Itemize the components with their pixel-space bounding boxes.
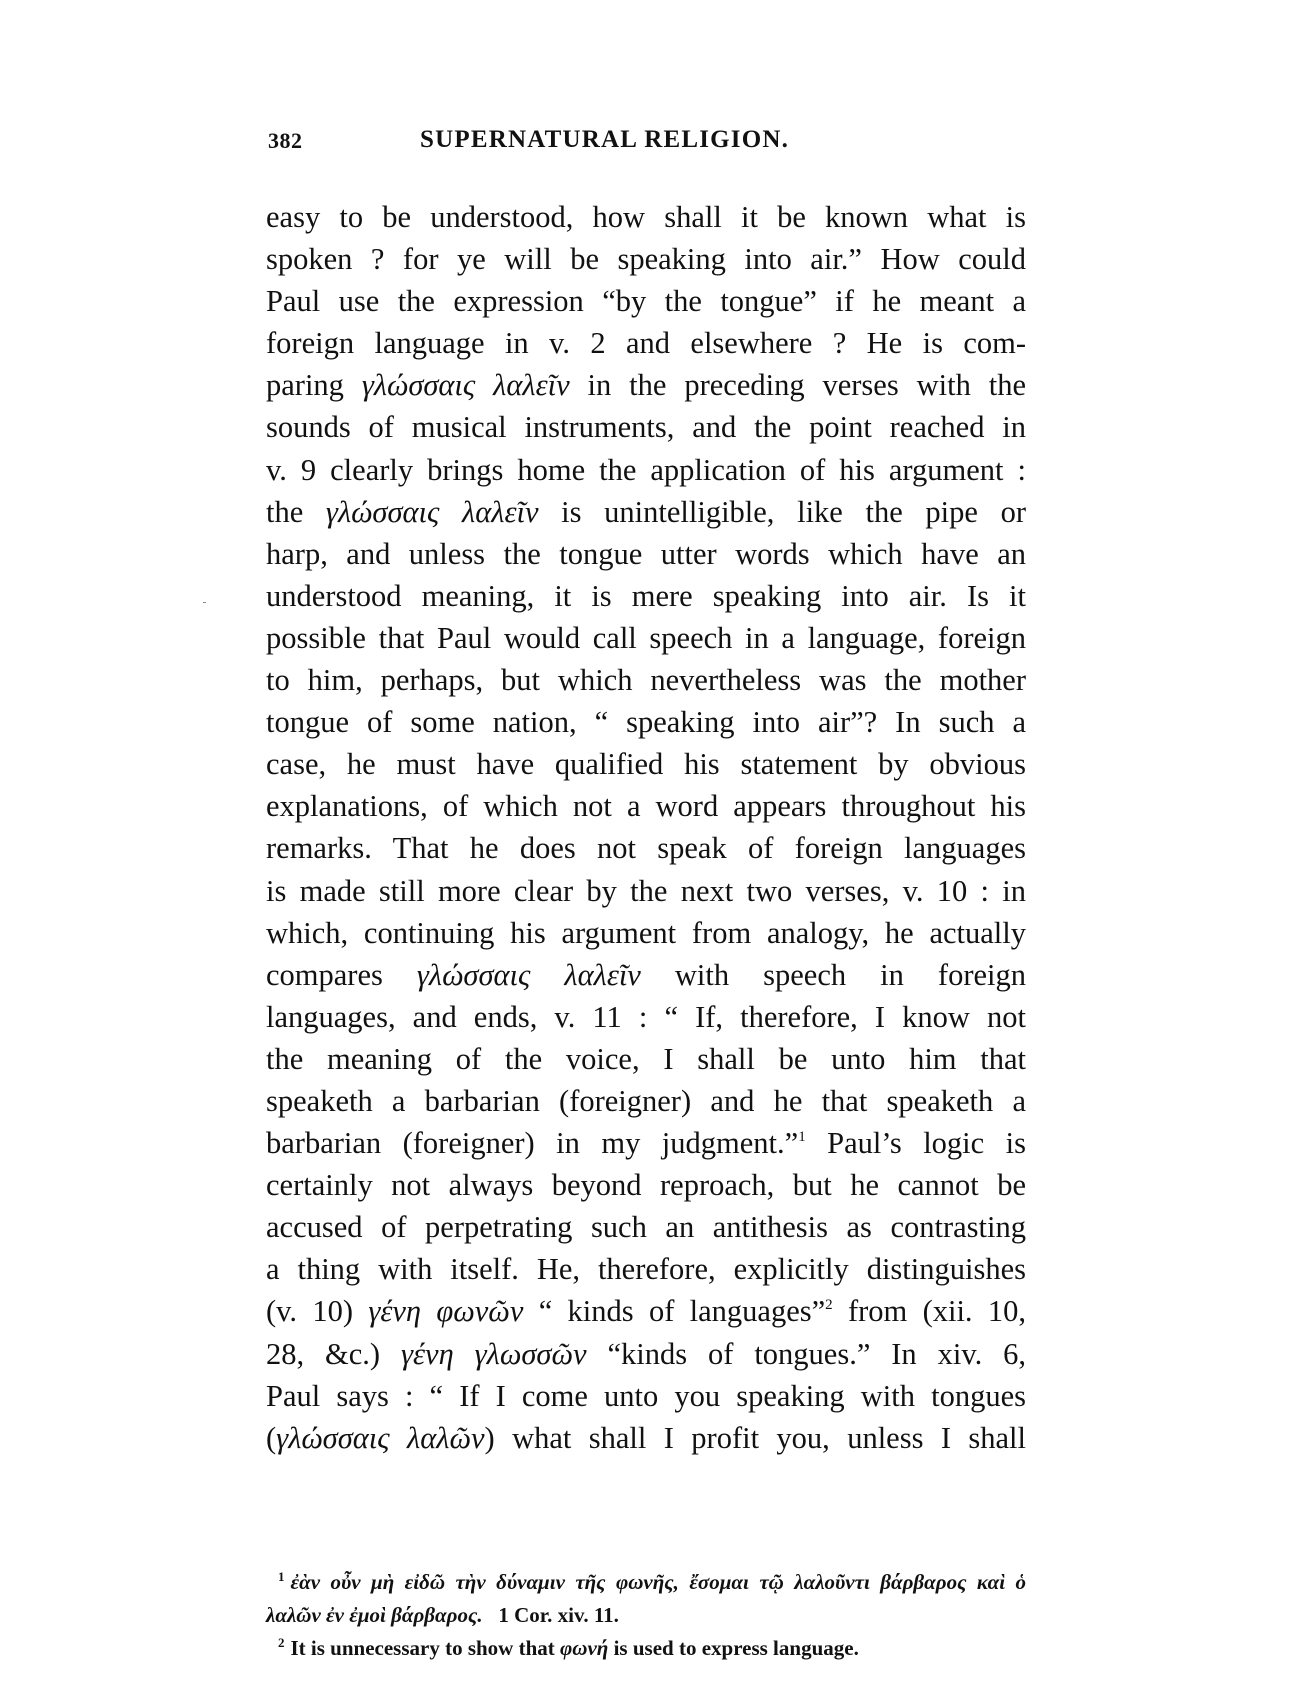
line-text: (: [266, 1421, 276, 1455]
footnote-marker: 1: [278, 1569, 285, 1584]
footnote-marker: 2: [278, 1635, 285, 1650]
text-line: accused of perpetrating such an antithes…: [266, 1206, 1026, 1248]
text-line: which, continuing his argument from anal…: [266, 912, 1026, 954]
text-line: languages, and ends, v. 11 : “ If, there…: [266, 996, 1026, 1038]
line-text: from (xii. 10,: [833, 1294, 1026, 1328]
greek-phrase: γλώσσαις λαλεῖν: [326, 495, 539, 529]
text-line: case, he must have qualified his stateme…: [266, 743, 1026, 785]
line-text: barbarian (foreigner) in my judgment.”: [266, 1126, 798, 1160]
footnote-ref-2[interactable]: 2: [825, 1297, 833, 1313]
line-text: the: [266, 495, 326, 529]
text-line: tongue of some nation, “ speaking into a…: [266, 701, 1026, 743]
text-line: paring γλώσσαις λαλεῖν in the preceding …: [266, 364, 1026, 406]
margin-mark: [203, 602, 206, 603]
footnote-text: It is unnecessary to show that: [291, 1636, 561, 1660]
text-line: foreign language in v. 2 and elsewhere ?…: [266, 322, 1026, 364]
line-text: (v. 10): [266, 1294, 368, 1328]
line-text: paring: [266, 368, 362, 402]
greek-quote: ἐὰν οὖν μὴ εἰδῶ τὴν δύναμιν τῆς φωνῆς, ἔ…: [291, 1570, 1027, 1594]
line-text: in the preceding verses with the: [570, 368, 1026, 402]
greek-phrase: γλώσσαις λαλῶν: [276, 1421, 484, 1455]
text-line: possible that Paul would call speech in …: [266, 617, 1026, 659]
text-line: Paul says : “ If I come unto you speakin…: [266, 1375, 1026, 1417]
text-line: 28, &c.) γένη γλωσσῶν “kinds of tongues.…: [266, 1333, 1026, 1375]
footnote-text: is used to express language.: [608, 1636, 858, 1660]
text-line: understood meaning, it is mere speaking …: [266, 575, 1026, 617]
page-header: 382 SUPERNATURAL RELIGION.: [268, 118, 1028, 158]
greek-phrase: γένη φωνῶν: [368, 1294, 523, 1328]
text-line: certainly not always beyond reproach, bu…: [266, 1164, 1026, 1206]
running-title: SUPERNATURAL RELIGION.: [420, 126, 789, 154]
footnote-2: 2It is unnecessary to show that φωνή is …: [266, 1632, 1026, 1665]
greek-phrase: γλώσσαις λαλεῖν: [362, 368, 570, 402]
line-text: with speech in foreign: [641, 958, 1026, 992]
book-page: 382 SUPERNATURAL RELIGION. easy to be un…: [0, 0, 1292, 1700]
body-text: easy to be understood, how shall it be k…: [266, 196, 1026, 1459]
citation: 1 Cor. xiv. 11.: [498, 1603, 619, 1627]
footnote-ref-1[interactable]: 1: [798, 1129, 806, 1145]
text-line: (γλώσσαις λαλῶν) what shall I profit you…: [266, 1417, 1026, 1459]
footnote-1-continued: λαλῶν ἐν ἐμοὶ βάρβαρος. 1 Cor. xiv. 11.: [266, 1599, 1026, 1632]
line-text: is unintelligible, like the pipe or: [539, 495, 1027, 529]
text-line: compares γλώσσαις λαλεῖν with speech in …: [266, 954, 1026, 996]
greek-phrase: γλώσσαις λαλεῖν: [417, 958, 641, 992]
line-text: “kinds of tongues.” In xiv. 6,: [587, 1337, 1026, 1371]
line-text: 28, &c.): [266, 1337, 401, 1371]
text-line: a thing with itself. He, therefore, expl…: [266, 1248, 1026, 1290]
text-line: spoken ? for ye will be speaking into ai…: [266, 238, 1026, 280]
text-line: (v. 10) γένη φωνῶν “ kinds of languages”…: [266, 1290, 1026, 1332]
text-line: sounds of musical instruments, and the p…: [266, 406, 1026, 448]
line-text: “ kinds of languages”: [523, 1294, 825, 1328]
line-text: ) what shall I profit you, unless I shal…: [485, 1421, 1026, 1455]
line-text: compares: [266, 958, 417, 992]
line-text: Paul’s logic is: [806, 1126, 1026, 1160]
text-line: v. 9 clearly brings home the application…: [266, 449, 1026, 491]
footnotes: 1ἐὰν οὖν μὴ εἰδῶ τὴν δύναμιν τῆς φωνῆς, …: [266, 1566, 1026, 1665]
text-line: harp, and unless the tongue utter words …: [266, 533, 1026, 575]
text-line: barbarian (foreigner) in my judgment.”1 …: [266, 1122, 1026, 1164]
text-line: Paul use the expression “by the tongue” …: [266, 280, 1026, 322]
text-line: speaketh a barbarian (foreigner) and he …: [266, 1080, 1026, 1122]
text-line: the γλώσσαις λαλεῖν is unintelligible, l…: [266, 491, 1026, 533]
footnote-1: 1ἐὰν οὖν μὴ εἰδῶ τὴν δύναμιν τῆς φωνῆς, …: [266, 1566, 1026, 1599]
text-line: explanations, of which not a word appear…: [266, 785, 1026, 827]
text-line: is made still more clear by the next two…: [266, 870, 1026, 912]
page-number: 382: [268, 128, 303, 154]
text-line: to him, perhaps, but which nevertheless …: [266, 659, 1026, 701]
text-line: easy to be understood, how shall it be k…: [266, 196, 1026, 238]
text-line: the meaning of the voice, I shall be unt…: [266, 1038, 1026, 1080]
greek-quote: λαλῶν ἐν ἐμοὶ βάρβαρος.: [266, 1603, 483, 1627]
greek-word: φωνή: [560, 1636, 608, 1660]
text-line: remarks. That he does not speak of forei…: [266, 827, 1026, 869]
greek-phrase: γένη γλωσσῶν: [401, 1337, 587, 1371]
